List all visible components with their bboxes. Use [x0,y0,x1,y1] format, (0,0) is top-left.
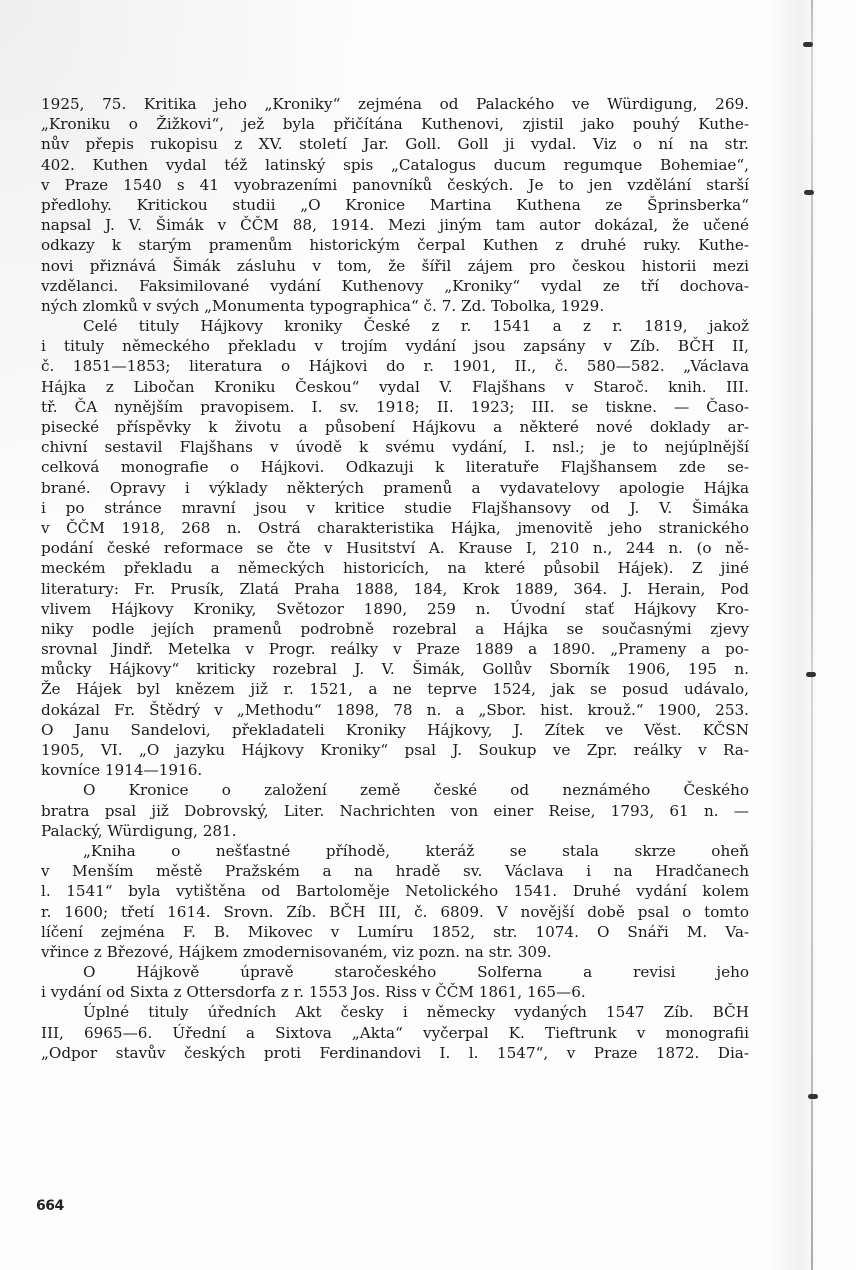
text-line: kovníce 1914—1916. [41,760,749,780]
text-line: napsal J. V. Šimák v ČČM 88, 1914. Mezi … [41,215,749,235]
text-line: 402. Kuthen vydal též latinský spis „Cat… [41,155,749,175]
text-line: Celé tituly Hájkovy kroniky České z r. 1… [41,316,749,336]
text-line: niky podle jejích pramenů podrobně rozeb… [41,619,749,639]
body-text: 1925, 75. Kritika jeho „Kroniky“ zejména… [41,94,749,1063]
text-line: O Kronice o založení země české od nezná… [41,780,749,800]
text-line: srovnal Jindř. Metelka v Progr. reálky v… [41,639,749,659]
text-line: pisecké příspěvky k životu a působení Há… [41,417,749,437]
text-line: tř. ČA nynějším pravopisem. I. sv. 1918;… [41,397,749,417]
text-line: podání české reformace se čte v Husitstv… [41,538,749,558]
text-line: bratra psal již Dobrovský, Liter. Nachri… [41,801,749,821]
text-line: Že Hájek byl knězem již r. 1521, a ne te… [41,679,749,699]
text-line: ných zlomků v svých „Monumenta typograph… [41,296,749,316]
text-line: O Janu Sandelovi, překladateli Kroniky H… [41,720,749,740]
text-line: „Kniha o nešťastné příhodě, kteráž se st… [41,841,749,861]
text-line: i tituly německého překladu v trojím vyd… [41,336,749,356]
text-line: odkazy k starým pramenům historickým čer… [41,235,749,255]
text-line: l. 1541“ byla vytištěna od Bartoloměje N… [41,881,749,901]
text-line: 1905, VI. „O jazyku Hájkovy Kroniky“ psa… [41,740,749,760]
text-line: meckém překladu a německých historicích,… [41,558,749,578]
text-line: předlohy. Kritickou studii „O Kronice Ma… [41,195,749,215]
page-number: 664 [36,1198,64,1214]
text-line: líčení zejména F. B. Mikovec v Lumíru 18… [41,922,749,942]
text-line: nův přepis rukopisu z XV. století Jar. G… [41,134,749,154]
text-line: v Menším městě Pražském a na hradě sv. V… [41,861,749,881]
text-line: O Hájkově úpravě staročeského Solferna a… [41,962,749,982]
text-line: můcky Hájkovy“ kriticky rozebral J. V. Š… [41,659,749,679]
text-line: v ČČM 1918, 268 n. Ostrá charakteristika… [41,518,749,538]
text-line: v Praze 1540 s 41 vyobrazeními panovníků… [41,175,749,195]
text-line: Hájka z Libočan Kroniku Českou“ vydal V.… [41,377,749,397]
text-line: novi přiznává Šimák zásluhu v tom, že ší… [41,256,749,276]
text-line: Úplné tituly úředních Akt česky i německ… [41,1002,749,1022]
text-line: literatury: Fr. Prusík, Zlatá Praha 1888… [41,579,749,599]
text-line: celková monografie o Hájkovi. Odkazuji k… [41,457,749,477]
text-line: III, 6965—6. Úřední a Sixtova „Akta“ vyč… [41,1023,749,1043]
text-line: vřince z Březové, Hájkem zmodernisovaném… [41,942,749,962]
text-line: i po stránce mravní jsou v kritice studi… [41,498,749,518]
text-line: i vydání od Sixta z Ottersdorfa z r. 155… [41,982,749,1002]
text-line: brané. Opravy i výklady některých pramen… [41,478,749,498]
text-line: dokázal Fr. Štědrý v „Methodu“ 1898, 78 … [41,700,749,720]
text-line: Palacký, Würdigung, 281. [41,821,749,841]
text-line: „Kroniku o Žižkovi“, jež byla přičítána … [41,114,749,134]
text-line: 1925, 75. Kritika jeho „Kroniky“ zejména… [41,94,749,114]
binding-mark [806,672,816,677]
binding-mark [808,1094,818,1099]
text-line: vlivem Hájkovy Kroniky, Světozor 1890, 2… [41,599,749,619]
text-line: „Odpor stavův českých proti Ferdinandovi… [41,1043,749,1063]
text-line: r. 1600; třetí 1614. Srovn. Zíb. BČH III… [41,902,749,922]
text-line: chivní sestavil Flajšhans v úvodě k svém… [41,437,749,457]
binding-mark [804,190,814,195]
text-line: vzdělanci. Faksimilované vydání Kuthenov… [41,276,749,296]
text-line: č. 1851—1853; literatura o Hájkovi do r.… [41,356,749,376]
binding-mark [803,42,813,47]
